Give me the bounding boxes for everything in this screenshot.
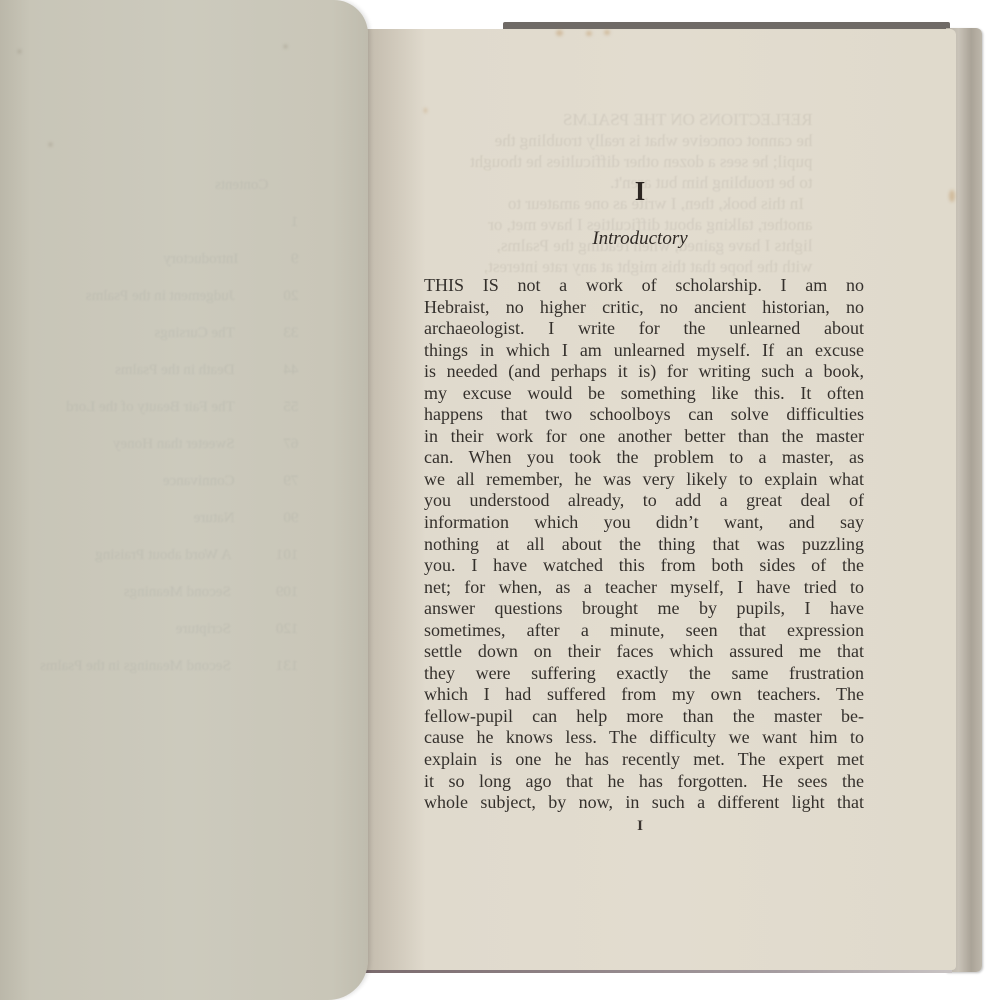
text-line: you understood already, to add a great d…: [424, 490, 864, 512]
open-book-photo: REFLECTIONS ON THE PSALMS he cannot conc…: [0, 0, 1000, 1000]
text-line: it so long ago that he has forgotten. He…: [424, 771, 864, 793]
text-line: information which you didn’t want, and s…: [424, 512, 864, 534]
text-line: THIS IS not a work of scholarship. I am …: [424, 275, 864, 297]
text-line: net; for when, as a teacher myself, I ha…: [424, 577, 864, 599]
foxing-stain: [49, 143, 52, 146]
text-line: archaeologist. I write for the unlearned…: [424, 318, 864, 340]
text-line: cause he knows less. The difficulty we w…: [424, 727, 864, 749]
text-line: things in which I am unlearned myself. I…: [424, 340, 864, 362]
text-line: fellow-pupil can help more than the mast…: [424, 706, 864, 728]
text-line: you. I have watched this from both sides…: [424, 555, 864, 577]
foxing-stain: [949, 190, 955, 202]
text-line: my excuse would be something like this. …: [424, 383, 864, 405]
chapter-number: I: [600, 176, 680, 207]
left-page: Contents 1 9 Introductory 20 Judgement i…: [0, 0, 368, 1000]
text-line: nothing at all about the thing that was …: [424, 534, 864, 556]
foxing-stain: [284, 45, 287, 48]
text-line: settle down on their faces which assured…: [424, 641, 864, 663]
text-line: whole subject, by now, in such a differe…: [424, 792, 864, 814]
text-line: we all remember, he was very likely to e…: [424, 469, 864, 491]
body-text: THIS IS not a work of scholarship. I am …: [424, 275, 864, 814]
foxing-stain: [586, 31, 592, 36]
foxing-stain: [556, 30, 563, 36]
text-line: happens that two schoolboys can solve di…: [424, 404, 864, 426]
text-line: sometimes, after a minute, seen that exp…: [424, 620, 864, 642]
text-line: which I had suffered from my own teacher…: [424, 684, 864, 706]
text-line: answer questions brought me by pupils, I…: [424, 598, 864, 620]
foxing-stain: [424, 108, 427, 113]
text-line: in their work for one another better tha…: [424, 426, 864, 448]
page-number: I: [620, 818, 660, 835]
foxing-stain: [18, 50, 21, 53]
chapter-title: Introductory: [540, 228, 740, 250]
text-line: can. When you took the problem to a mast…: [424, 447, 864, 469]
left-page-shadow: [0, 0, 30, 1000]
foxing-stain: [604, 30, 610, 35]
text-line: is needed (and perhaps it is) for writin…: [424, 361, 864, 383]
text-line: explain is one he has recently met. The …: [424, 749, 864, 771]
left-page-show-through: Contents 1 9 Introductory 20 Judgement i…: [40, 130, 306, 722]
text-line: Hebraist, no higher critic, no ancient h…: [424, 297, 864, 319]
text-line: they were suffering exactly the same fru…: [424, 663, 864, 685]
